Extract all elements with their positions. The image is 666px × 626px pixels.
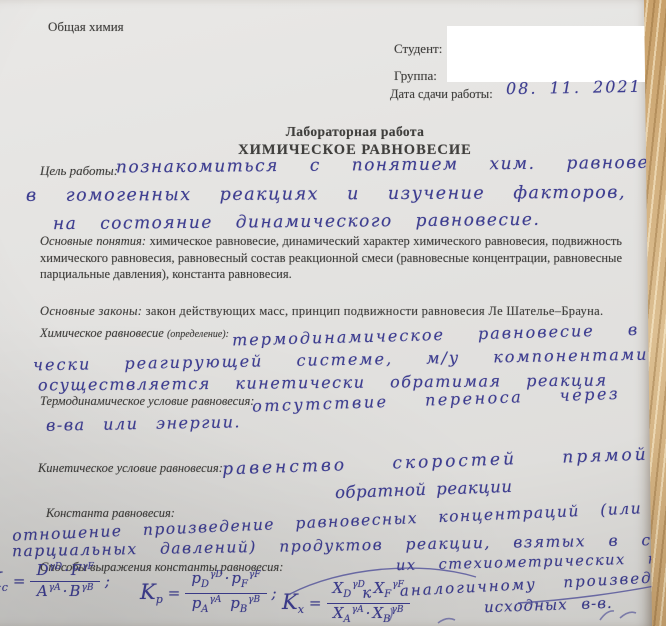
- chem-eq-label-line: Химическое равновесие (определение):: [40, 326, 229, 341]
- kinetic-label: Кинетическое условие равновесия:: [38, 461, 223, 476]
- laws-line: Основные законы: закон действующих масс,…: [40, 304, 603, 319]
- concepts-label: Основные понятия:: [40, 234, 146, 248]
- goal-handwriting-line-2: в гомогенных реакциях и изучение факторо…: [26, 182, 666, 206]
- date-label: Дата сдачи работы:: [390, 87, 493, 102]
- date-value-handwriting: 08. 11. 2021: [506, 77, 642, 98]
- worksheet-photo: Общая химия Студент: Группа: Дата сдачи …: [0, 0, 666, 626]
- kp-fraction: pDγD·pFγF pAγA pBγB: [185, 571, 266, 615]
- kp-formula: Kp = pDγD·pFγF pAγA pBγB ;: [140, 571, 277, 615]
- course-label: Общая химия: [48, 19, 124, 35]
- goal-label: Цель работы:: [40, 163, 118, 179]
- student-label: Студент:: [394, 41, 442, 57]
- goal-handwriting-line-3: на состояние динамического равновесие.: [53, 210, 540, 234]
- kx-symbol: Kx: [282, 590, 304, 616]
- work-type-title: Лабораторная работа: [60, 124, 650, 140]
- concepts-paragraph: Основные понятия: химическое равновесие,…: [40, 233, 622, 283]
- kx-formula: Kx = XDγD XFγF XAγA·XBγB: [282, 581, 410, 625]
- kinetic-handwriting-line-1: равенство скоростей прямой и: [222, 443, 666, 480]
- kc-formula: Kc = DγD·FγF AγA·BγB ;: [0, 563, 110, 600]
- worksheet-paper: Общая химия Студент: Группа: Дата сдачи …: [0, 0, 652, 626]
- kc-fraction: DγD·FγF AγA·BγB: [30, 563, 99, 600]
- chem-eq-label: Химическое равновесие: [40, 326, 164, 340]
- kx-fraction: XDγD XFγF XAγA·XBγB: [327, 581, 410, 625]
- thermo-label: Термодинамическое условие равновесия:: [40, 394, 254, 409]
- chem-eq-handwriting-line-2: чески реагирующей системе, м/у компонент…: [33, 343, 666, 375]
- kc-symbol: Kc: [0, 568, 8, 594]
- goal-handwriting-line-1: познакомиться с понятием хим. равновесие: [116, 153, 666, 178]
- group-label: Группа:: [394, 68, 437, 84]
- kinetic-handwriting-line-2: обратной реакции: [335, 477, 513, 502]
- methods-handwriting-line-3: исходных в-в.: [484, 594, 613, 616]
- constant-label: Константа равновесия:: [46, 506, 175, 521]
- laws-label: Основные законы:: [40, 304, 142, 318]
- redaction-box: [447, 26, 645, 82]
- chem-eq-note: (определение):: [167, 329, 229, 340]
- laws-text: закон действующих масс, принцип подвижно…: [146, 304, 604, 318]
- thermo-handwriting-line-2: в-ва или энергии.: [46, 412, 241, 434]
- kp-symbol: Kp: [140, 580, 163, 606]
